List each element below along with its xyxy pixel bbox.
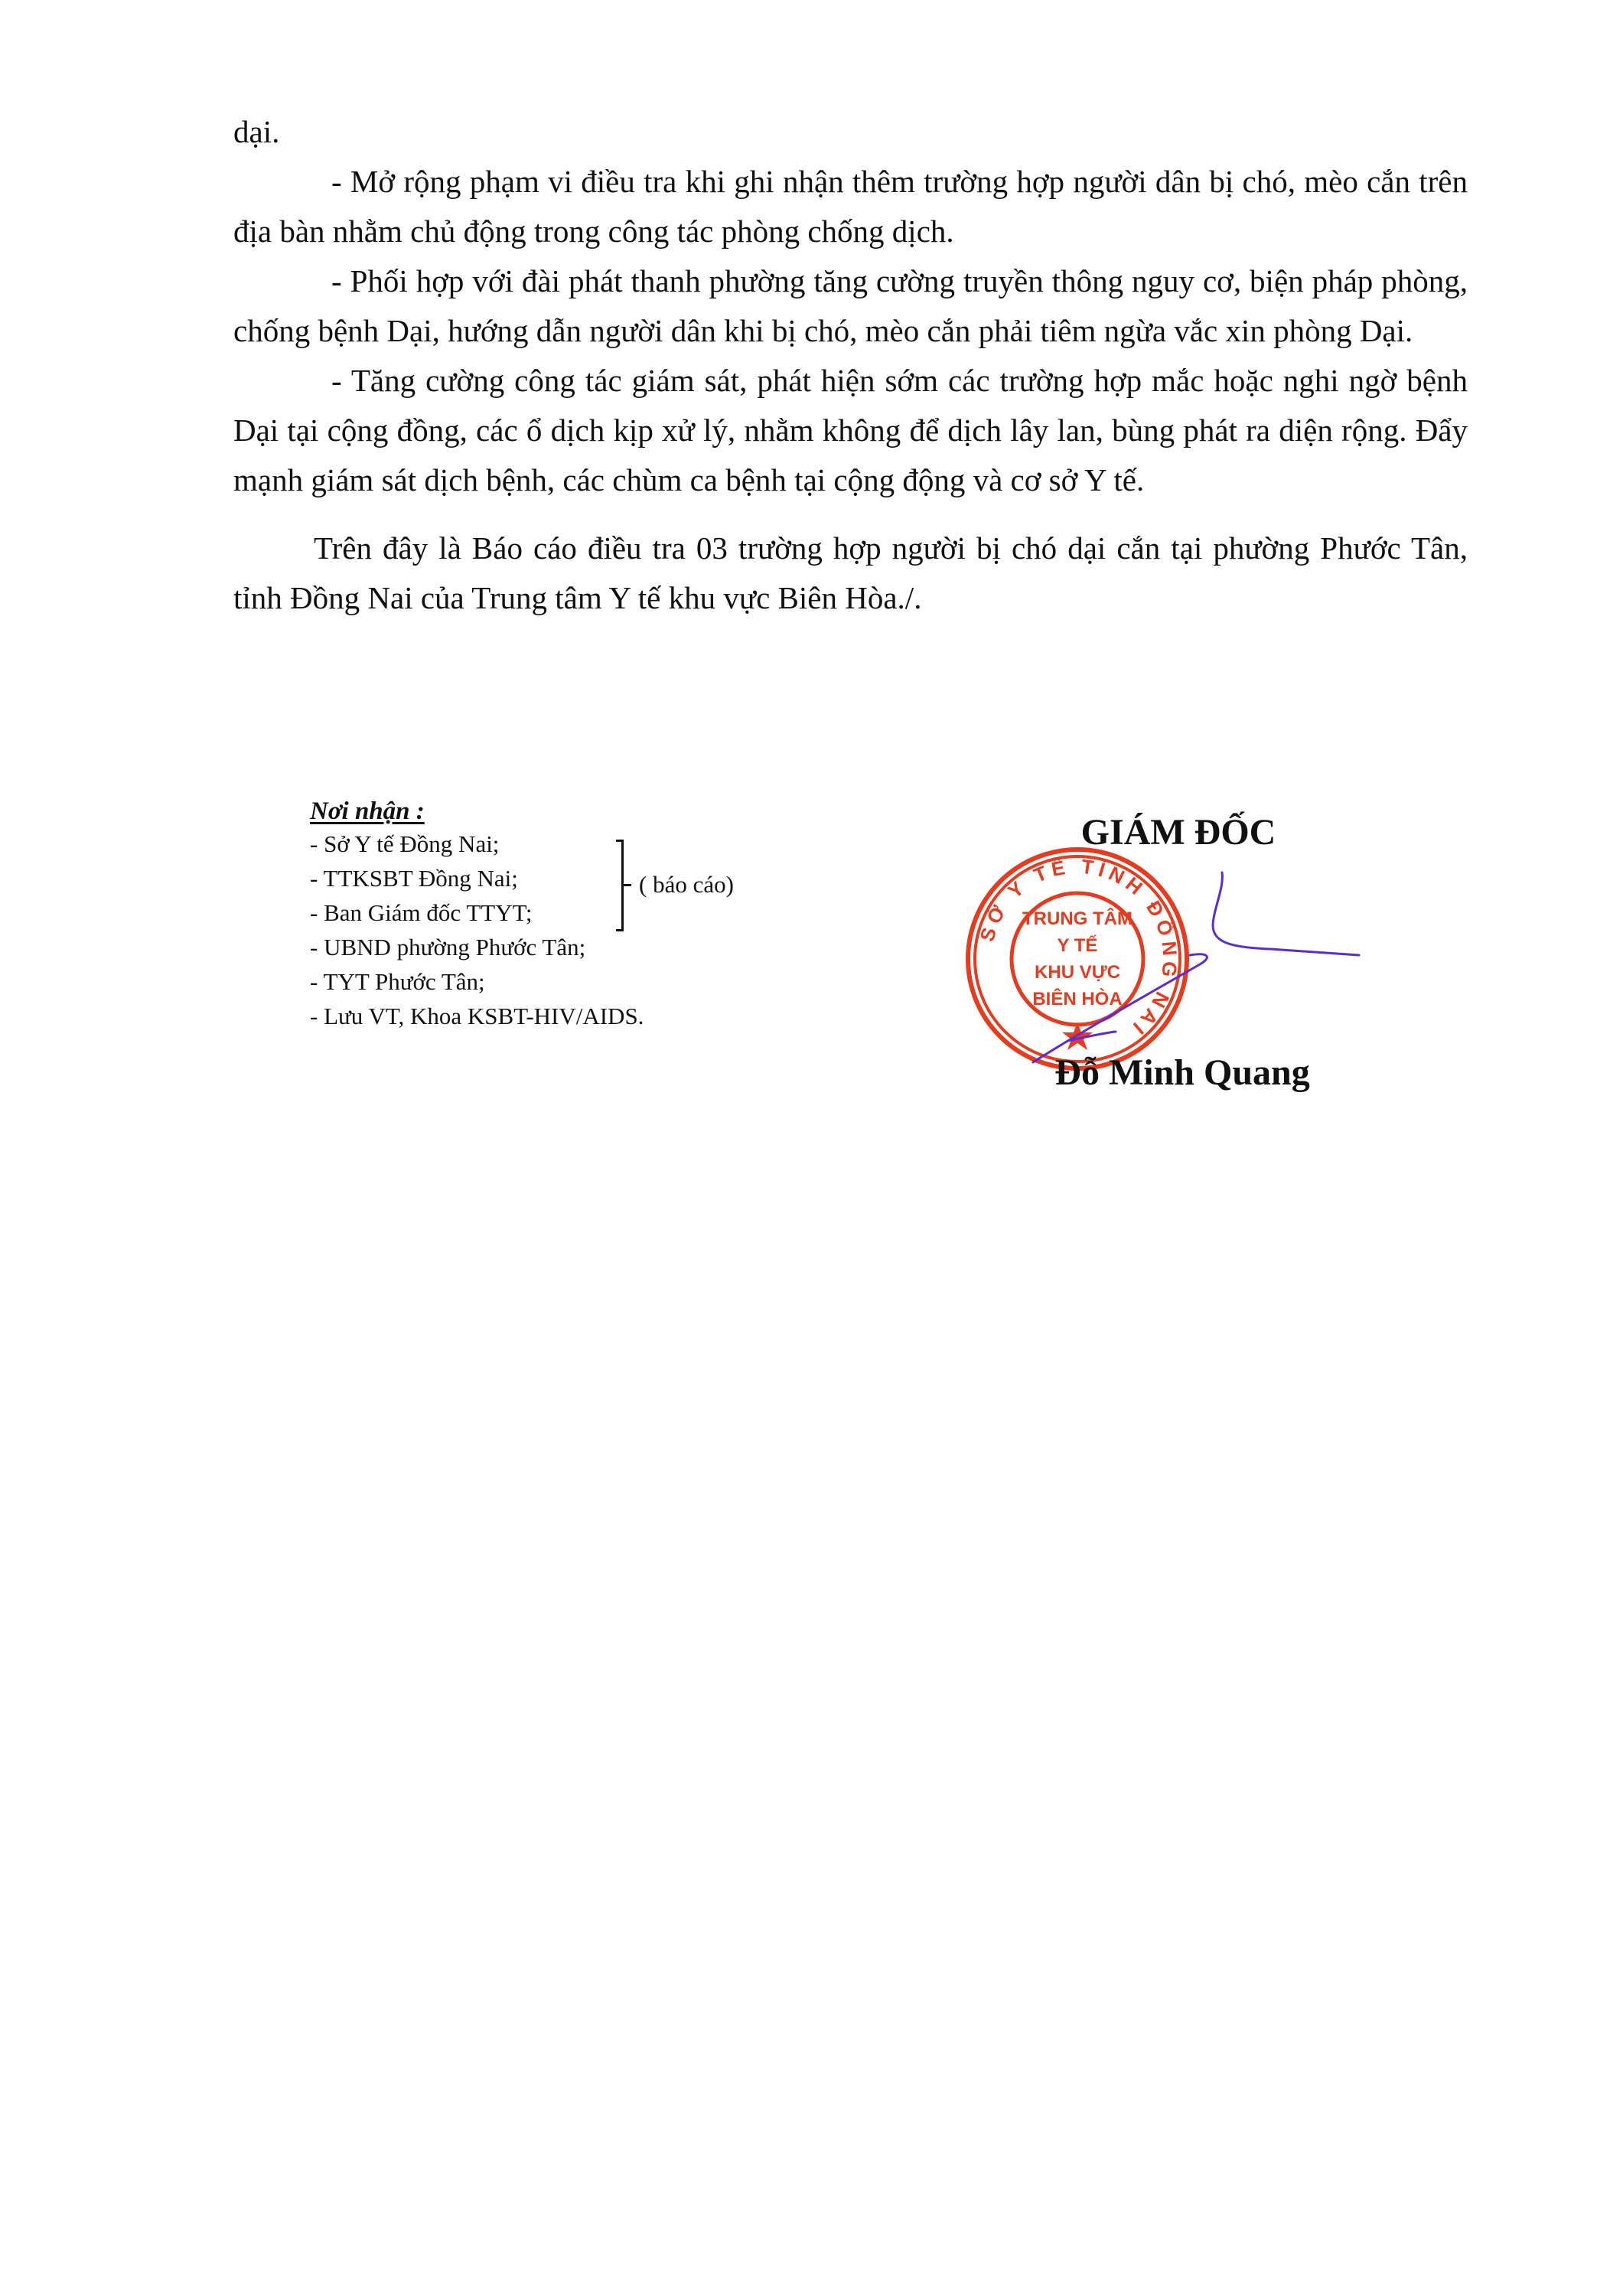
report-body: dại.- Mở rộng phạm vi điều tra khi ghi n… (233, 107, 1468, 623)
recipient-item: - Lưu VT, Khoa KSBT-HIV/AIDS. (310, 999, 800, 1033)
continued-paragraph: dại. (233, 107, 1468, 157)
recipient-item: - Sở Y tế Đồng Nai; (310, 827, 800, 861)
recipients-heading: Nơi nhận : (310, 796, 800, 827)
closing-paragraph: Trên đây là Báo cáo điều tra 03 trường h… (233, 523, 1468, 623)
signer-name: Đỗ Minh Quang (1045, 1053, 1320, 1093)
bullet-paragraph: - Mở rộng phạm vi điều tra khi ghi nhận … (233, 157, 1468, 256)
document-page: dại.- Mở rộng phạm vi điều tra khi ghi n… (0, 0, 1623, 2296)
recipient-item: - UBND phường Phước Tân; (310, 930, 800, 964)
recipients-group-note: ( báo cáo) (639, 867, 734, 902)
recipients-bracket-tick (624, 884, 631, 886)
recipient-item: - TYT Phước Tân; (310, 964, 800, 999)
recipients-block: Nơi nhận : - Sở Y tế Đồng Nai;- TTKSBT Đ… (310, 796, 800, 1033)
bullet-paragraph: - Tăng cường công tác giám sát, phát hiệ… (233, 356, 1468, 505)
bullet-paragraph: - Phối hợp với đài phát thanh phường tăn… (233, 256, 1468, 356)
recipients-list: - Sở Y tế Đồng Nai;- TTKSBT Đồng Nai;- B… (310, 827, 800, 1033)
recipients-bracket (616, 840, 624, 931)
